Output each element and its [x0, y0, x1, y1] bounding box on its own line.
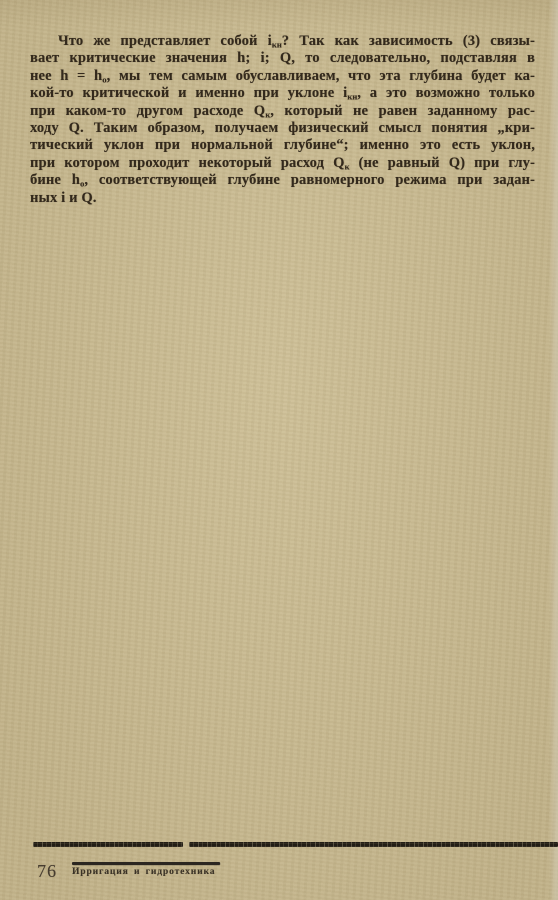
scan-right-edge — [549, 0, 558, 900]
text-line: при каком-то другом расходе Qк, который … — [30, 103, 535, 120]
page-footer: 76 Ирригация и гидротехника — [0, 858, 558, 890]
text-line: бине hо, соответствующей глубине равноме… — [30, 172, 535, 189]
scan-edge-band-segment — [189, 842, 558, 847]
text-line: при котором проходит некоторый расход Qк… — [30, 155, 535, 172]
body-paragraph: Что же представляет собой iкн? Так как з… — [30, 33, 535, 207]
journal-title: Ирригация и гидротехника — [72, 867, 242, 877]
footer-signature: Ирригация и гидротехника — [72, 862, 242, 877]
book-page: Что же представляет собой iкн? Так как з… — [0, 0, 558, 900]
text-line: ходу Q. Таким образом, получаем физическ… — [30, 120, 535, 137]
text-line: нее h = hо, мы тем самым обуславливаем, … — [30, 68, 535, 85]
text-line: ных i и Q. — [30, 190, 535, 207]
scan-edge-band — [33, 842, 558, 847]
text-line: вает критические значения h; i; Q, то сл… — [30, 50, 535, 67]
text-line: кой-то критической и именно при уклоне i… — [30, 85, 535, 102]
footer-rule — [72, 862, 220, 865]
page-number: 76 — [37, 861, 57, 882]
text-line: тический уклон при нормальной глубине“; … — [30, 137, 535, 154]
scan-edge-band-segment — [33, 842, 183, 847]
text-line: Что же представляет собой iкн? Так как з… — [30, 33, 535, 50]
